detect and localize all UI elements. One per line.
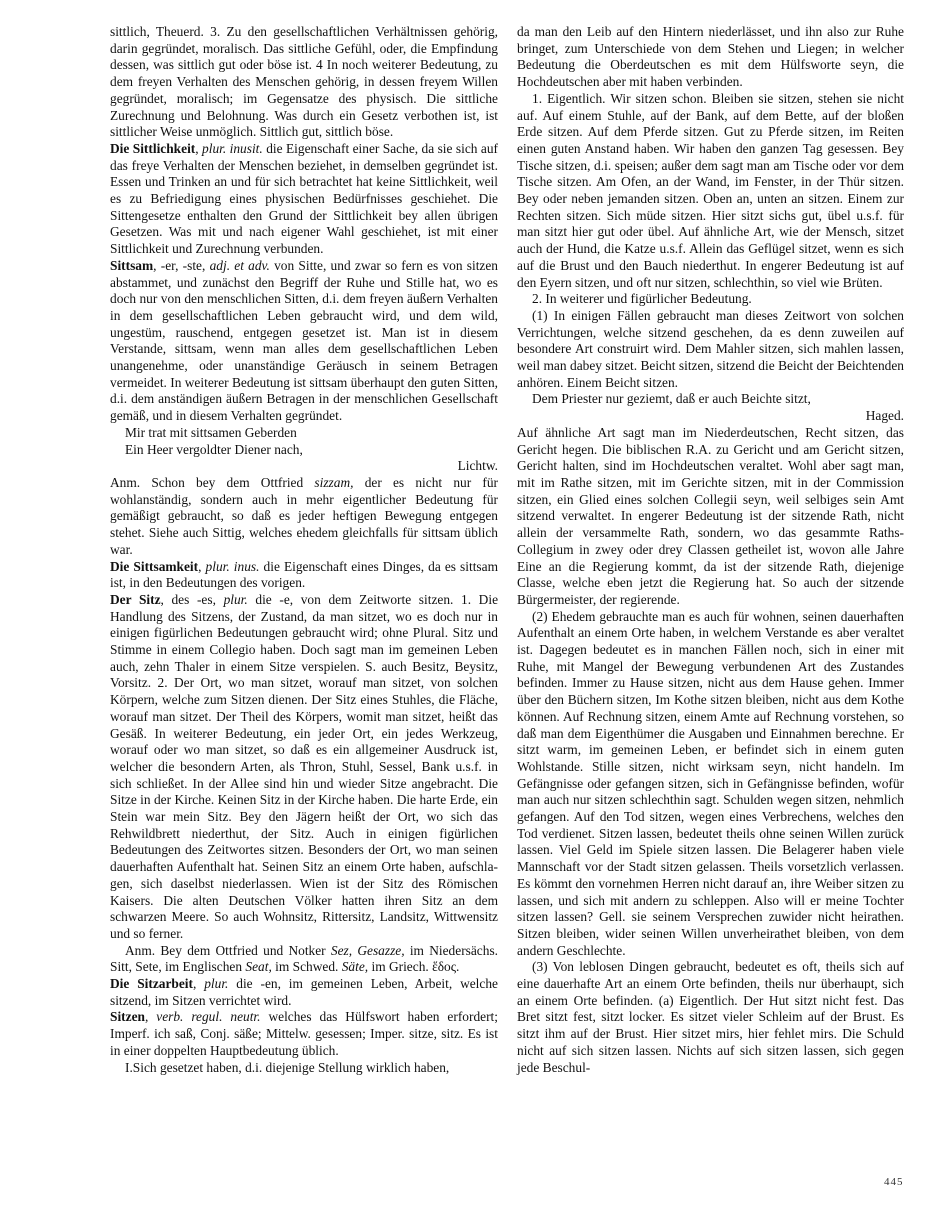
entry-text: Ein Heer vergoldter Diener nach, bbox=[125, 442, 303, 457]
quote-source: Haged. bbox=[517, 408, 904, 425]
entry-text: Lichtw. bbox=[458, 458, 498, 473]
grammar-note: verb. regul. neutr. bbox=[156, 1009, 260, 1024]
grammar-note: sizzam, bbox=[314, 475, 353, 490]
verse-quote: Mir trat mit sittsamen Geberden bbox=[110, 425, 498, 442]
entry-text: Haged. bbox=[866, 408, 904, 423]
entry-text: , bbox=[193, 976, 204, 991]
entry-text: , bbox=[145, 1009, 156, 1024]
grammar-note: plur. bbox=[224, 592, 248, 607]
dictionary-entry: Sitzen, verb. regul. neutr. welches das … bbox=[110, 1009, 498, 1059]
headword: Die Sittsamkeit bbox=[110, 559, 198, 574]
entry-text: , des -es, bbox=[161, 592, 224, 607]
entry-text: Mir trat mit sittsamen Geberden bbox=[125, 425, 297, 440]
dictionary-entry: (3) Von leblosen Dingen gebraucht, bedeu… bbox=[517, 959, 904, 1076]
entry-text: 1. Eigentlich. Wir sitzen schon. Bleiben… bbox=[517, 91, 904, 290]
entry-text: Dem Priester nur geziemt, daß er auch Be… bbox=[532, 391, 811, 406]
grammar-note: plur. inus. bbox=[206, 559, 260, 574]
grammar-note: Säte, bbox=[342, 959, 368, 974]
entry-text: (2) Ehedem gebrauchte man es auch für wo… bbox=[517, 609, 904, 958]
entry-text: von Sitte, und zwar so fern es von sitze… bbox=[110, 258, 498, 423]
dictionary-entry: 2. In weiterer und figürlicher Bedeutung… bbox=[517, 291, 904, 308]
verse-quote: Dem Priester nur geziemt, daß er auch Be… bbox=[517, 391, 904, 408]
entry-text: im Schwed. bbox=[272, 959, 342, 974]
headword: Die Sittlichkeit bbox=[110, 141, 195, 156]
left-column: sittlich, Theuerd. 3. Zu den gesellschaf… bbox=[110, 24, 498, 1076]
headword: Sittsam bbox=[110, 258, 153, 273]
dictionary-entry: Der Sitz, des -es, plur. die -e, von dem… bbox=[110, 592, 498, 943]
grammar-note: Seat, bbox=[245, 959, 271, 974]
page-number: 445 bbox=[884, 1176, 904, 1188]
entry-text: im Griech. ἕδος. bbox=[368, 959, 459, 974]
grammar-note: plur. inusit. bbox=[202, 141, 263, 156]
dictionary-entry: da man den Leib auf den Hintern niederlä… bbox=[517, 24, 904, 91]
headword: Sitzen bbox=[110, 1009, 145, 1024]
entry-text: , bbox=[195, 141, 202, 156]
dictionary-entry: Anm. Schon bey dem Ottfried sizzam, der … bbox=[110, 475, 498, 559]
dictionary-entry: Auf ähnliche Art sagt man im Niederdeuts… bbox=[517, 425, 904, 609]
dictionary-entry: (2) Ehedem gebrauchte man es auch für wo… bbox=[517, 609, 904, 960]
entry-text: I.Sich gesetzet haben, d.i. diejenige St… bbox=[125, 1060, 449, 1075]
dictionary-entry: Die Sitzarbeit, plur. die -en, im gemein… bbox=[110, 976, 498, 1009]
right-column: da man den Leib auf den Hintern niederlä… bbox=[517, 24, 904, 1076]
entry-text: 2. In weiterer und figürlicher Bedeutung… bbox=[532, 291, 752, 306]
dictionary-entry: Die Sittlichkeit, plur. inusit. die Eige… bbox=[110, 141, 498, 258]
dictionary-entry: 1. Eigentlich. Wir sitzen schon. Bleiben… bbox=[517, 91, 904, 291]
entry-text: (1) In einigen Fällen gebraucht man dies… bbox=[517, 308, 904, 390]
entry-text: da man den Leib auf den Hintern niederlä… bbox=[517, 24, 904, 89]
grammar-note: plur. bbox=[204, 976, 228, 991]
entry-text: Anm. Bey dem Ottfried und Notker bbox=[125, 943, 331, 958]
headword: Der Sitz bbox=[110, 592, 161, 607]
dictionary-entry: Die Sittsamkeit, plur. inus. die Eigensc… bbox=[110, 559, 498, 592]
headword: Die Sitzarbeit bbox=[110, 976, 193, 991]
entry-text: (3) Von leblosen Dingen gebraucht, bedeu… bbox=[517, 959, 904, 1074]
entry-text: die -e, von dem Zeitworte sitzen. 1. Die… bbox=[110, 592, 498, 941]
entry-text: , -er, -ste, bbox=[153, 258, 209, 273]
dictionary-entry: Sittsam, -er, -ste, adj. et adv. von Sit… bbox=[110, 258, 498, 425]
dictionary-entry: Anm. Bey dem Ottfried und Notker Sez, Ge… bbox=[110, 943, 498, 976]
entry-text: sittlich, Theuerd. 3. Zu den gesellschaf… bbox=[110, 24, 498, 139]
grammar-note: adj. et adv. bbox=[210, 258, 270, 273]
verse-quote: Ein Heer vergoldter Diener nach, bbox=[110, 442, 498, 459]
entry-text: , bbox=[198, 559, 205, 574]
entry-text: Anm. Schon bey dem Ottfried bbox=[110, 475, 314, 490]
dictionary-entry: sittlich, Theuerd. 3. Zu den gesellschaf… bbox=[110, 24, 498, 141]
grammar-note: Sez, Gesazze, bbox=[331, 943, 405, 958]
dictionary-entry: (1) In einigen Fällen gebraucht man dies… bbox=[517, 308, 904, 392]
quote-source: Lichtw. bbox=[110, 458, 498, 475]
entry-text: die Eigenschaft einer Sache, da sie sich… bbox=[110, 141, 498, 256]
entry-text: Auf ähnliche Art sagt man im Niederdeuts… bbox=[517, 425, 904, 607]
dictionary-entry: I.Sich gesetzet haben, d.i. diejenige St… bbox=[110, 1060, 498, 1077]
